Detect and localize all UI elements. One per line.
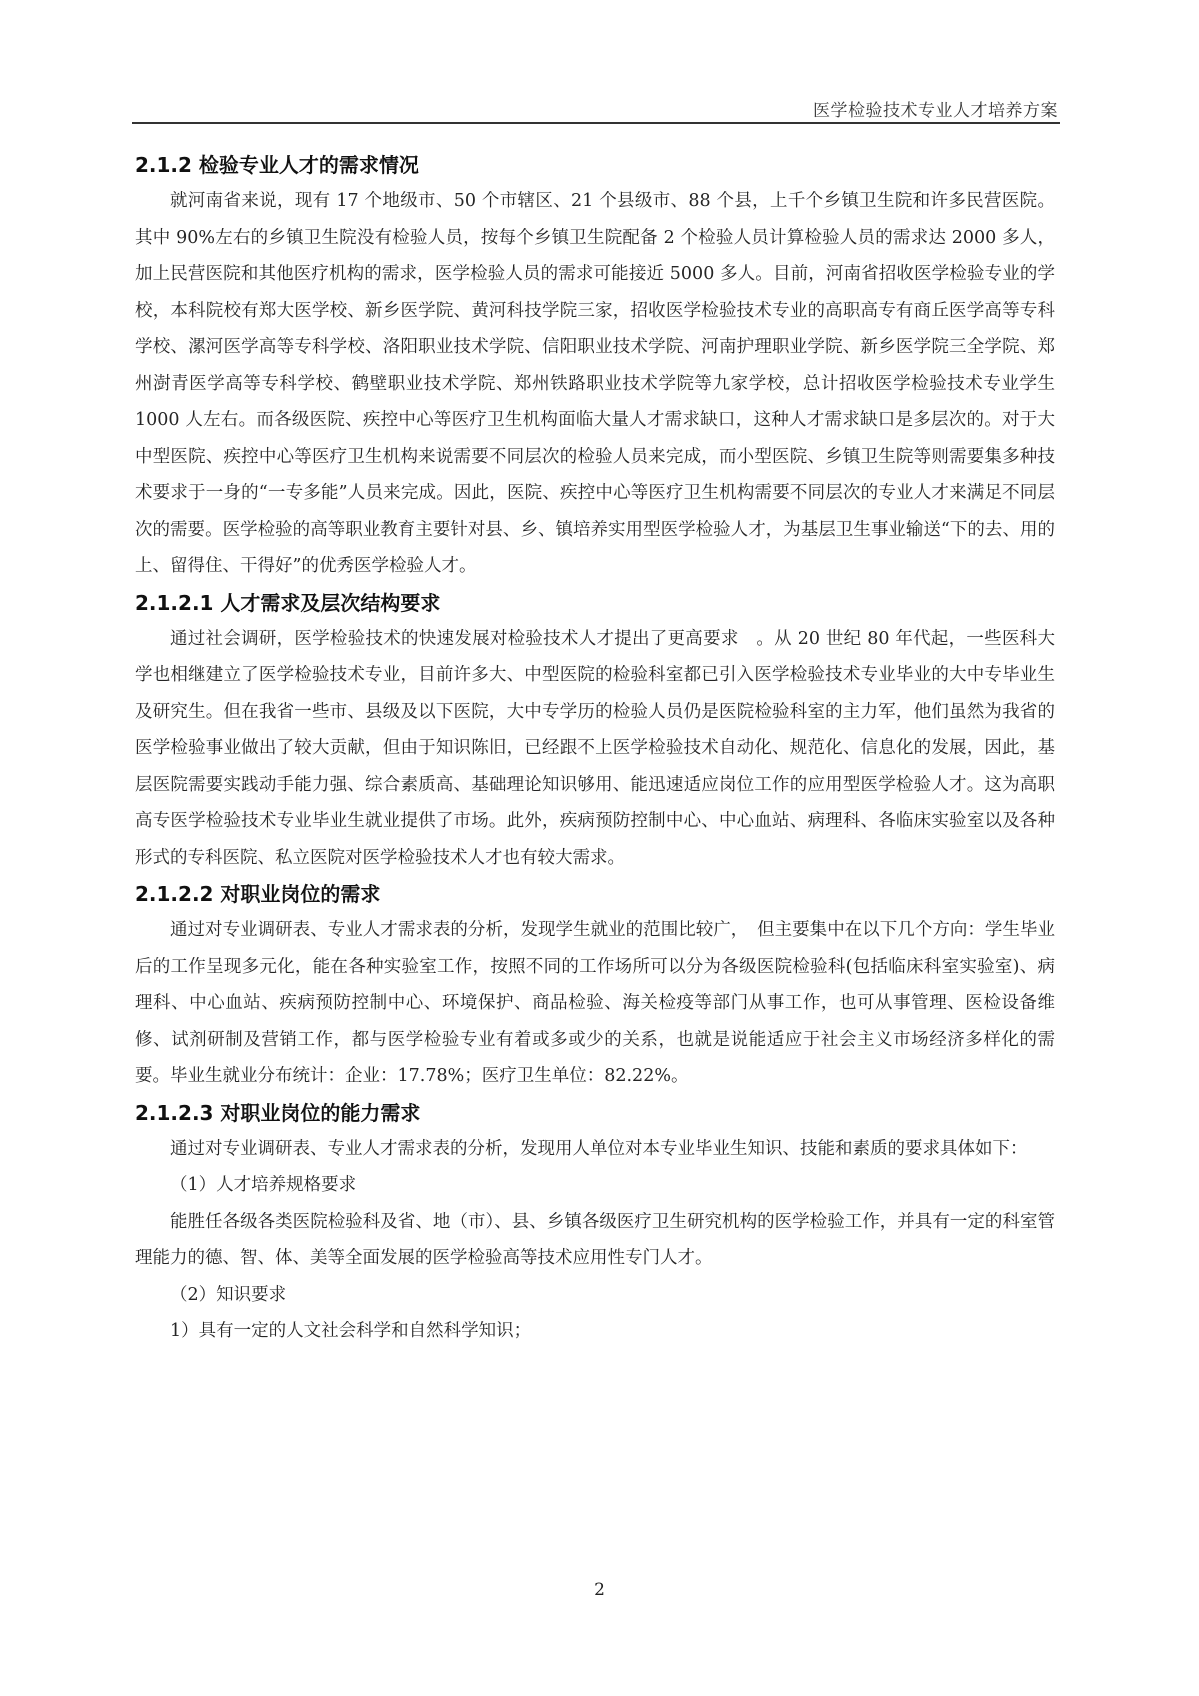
section-heading-2-1-2-1: 2.1.2.1 人才需求及层次结构要求 — [135, 585, 1055, 621]
section-heading-2-1-2-3: 2.1.2.3 对职业岗位的能力需求 — [135, 1095, 1055, 1131]
list-item-label: （2）知识要求 — [135, 1277, 1055, 1314]
page-header: 医学检验技术专业人才培养方案 — [132, 96, 1060, 124]
list-item-label: （1）人才培养规格要求 — [135, 1167, 1055, 1204]
paragraph: 通过社会调研，医学检验技术的快速发展对检验技术人才提出了更高要求 。从 20 世… — [135, 621, 1055, 877]
page-number: 2 — [0, 1580, 1199, 1600]
section-heading-2-1-2: 2.1.2 检验专业人才的需求情况 — [135, 147, 1055, 183]
section-heading-2-1-2-2: 2.1.2.2 对职业岗位的需求 — [135, 876, 1055, 912]
document-title: 医学检验技术专业人才培养方案 — [813, 96, 1058, 121]
document-body: 2.1.2 检验专业人才的需求情况 就河南省来说，现有 17 个地级市、50 个… — [135, 147, 1055, 1350]
list-subitem: 1）具有一定的人文社会科学和自然科学知识； — [135, 1313, 1055, 1350]
paragraph: 就河南省来说，现有 17 个地级市、50 个市辖区、21 个县级市、88 个县，… — [135, 183, 1055, 585]
paragraph: 能胜任各级各类医院检验科及省、地（市）、县、乡镇各级医疗卫生研究机构的医学检验工… — [135, 1204, 1055, 1277]
paragraph-intro: 通过对专业调研表、专业人才需求表的分析，发现用人单位对本专业毕业生知识、技能和素… — [135, 1131, 1055, 1168]
paragraph: 通过对专业调研表、专业人才需求表的分析，发现学生就业的范围比较广， 但主要集中在… — [135, 912, 1055, 1095]
